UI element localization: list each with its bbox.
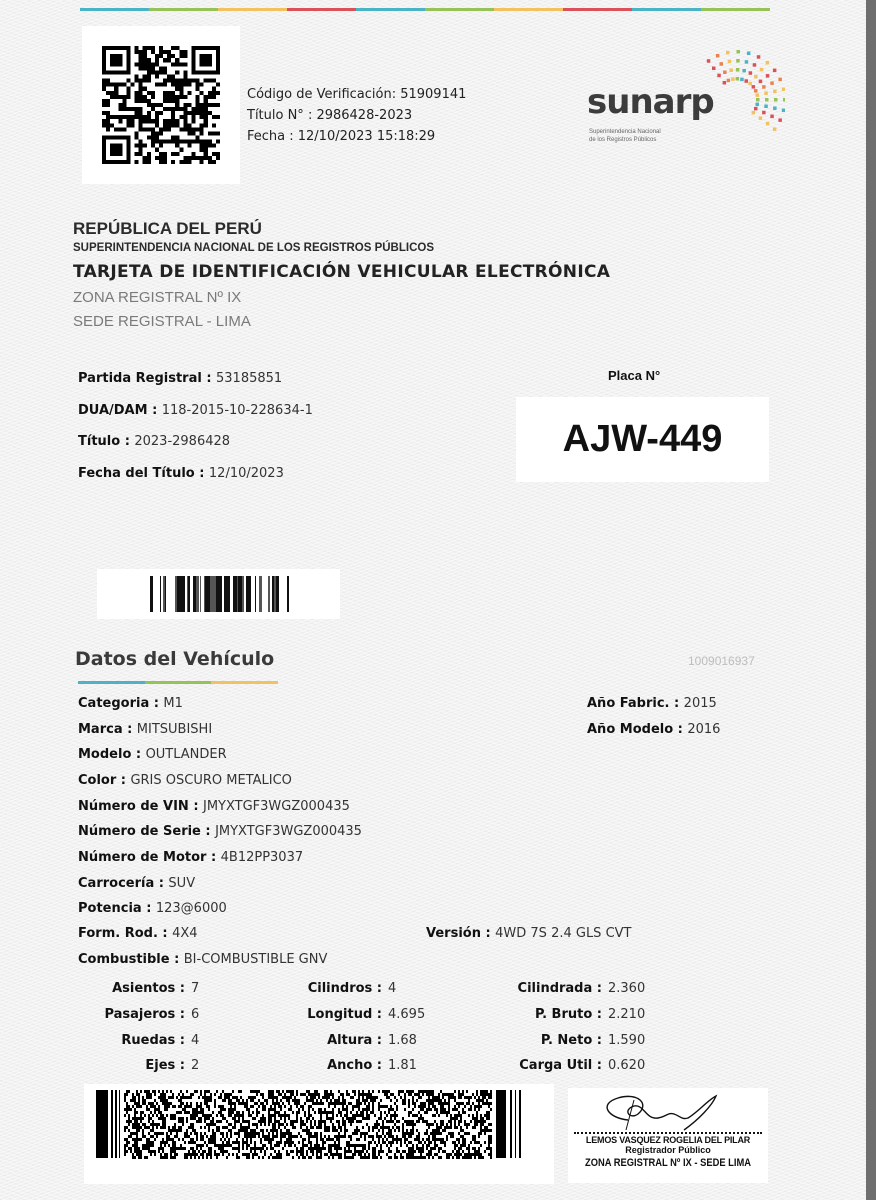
plate-label: Placa N° xyxy=(608,368,660,383)
partida-row: Partida Registral : 53185851 xyxy=(78,369,282,387)
document-title: TARJETA DE IDENTIFICACIÓN VEHICULAR ELEC… xyxy=(73,262,610,282)
signature-line xyxy=(574,1132,762,1134)
vehicle-field-row: Categoria : M1 xyxy=(78,694,183,712)
sunarp-logo: sunarp Superintendencia Nacional de los … xyxy=(585,40,785,160)
qr-code xyxy=(82,26,240,184)
vehicle-field-row: Carrocería : SUV xyxy=(78,874,195,892)
vehicle-field-row: Número de Serie : JMYXTGF3WGZ000435 xyxy=(78,822,362,840)
registrar-name: LEMOS VASQUEZ ROGELIA DEL PILAR xyxy=(568,1135,768,1145)
vehicle-field-row: Número de Motor : 4B12PP3037 xyxy=(78,848,303,866)
vehicle-field-row: Potencia : 123@6000 xyxy=(78,899,227,917)
signature-icon xyxy=(588,1090,728,1134)
vehicle-field-row: Marca : MITSUBISHI xyxy=(78,720,212,738)
country-heading: REPÚBLICA DEL PERÚ xyxy=(73,219,262,239)
titulo-value: 2023-2986428 xyxy=(134,434,230,449)
vehicle-field-row: Modelo : OUTLANDER xyxy=(78,745,227,763)
linear-barcode xyxy=(97,569,340,619)
top-color-stripe xyxy=(80,8,770,11)
vehicle-field-row: Color : GRIS OSCURO METALICO xyxy=(78,771,292,789)
version-row: Versión : 4WD 7S 2.4 GLS CVT xyxy=(426,924,631,942)
registry-zone: ZONA REGISTRAL Nº IX xyxy=(73,289,241,306)
partida-value: 53185851 xyxy=(216,371,282,386)
registrar-signature: LEMOS VASQUEZ ROGELIA DEL PILAR Registra… xyxy=(568,1088,768,1183)
fecha-titulo-row: Fecha del Título : 12/10/2023 xyxy=(78,464,284,482)
dua-row: DUA/DAM : 118-2015-10-228634-1 xyxy=(78,401,313,419)
verification-block: Código de Verificación: 51909141 Título … xyxy=(247,84,466,147)
pdf417-barcode xyxy=(84,1084,554,1184)
fecha-titulo-value: 12/10/2023 xyxy=(209,466,284,481)
dua-value: 118-2015-10-228634-1 xyxy=(162,403,313,418)
registrar-role: Registrador Público xyxy=(568,1145,768,1155)
registrar-zone: ZONA REGISTRAL Nº IX - SEDE LIMA xyxy=(583,1157,753,1169)
anio-modelo-row: Año Modelo : 2016 xyxy=(587,720,720,738)
vehicle-field-row: Número de VIN : JMYXTGF3WGZ000435 xyxy=(78,797,350,815)
logo-wordmark: sunarp xyxy=(587,82,714,122)
vehicle-id-card: Código de Verificación: 51909141 Título … xyxy=(0,0,866,1200)
section-underline xyxy=(78,681,278,684)
vehicle-section-title: Datos del Vehículo xyxy=(75,648,274,670)
plate-box: AJW-449 xyxy=(516,397,769,482)
anio-fabric-row: Año Fabric. : 2015 xyxy=(587,694,717,712)
document-serial: 1009016937 xyxy=(688,654,755,668)
logo-subtitle: Superintendencia Nacional de los Registr… xyxy=(589,128,661,144)
verification-date: Fecha : 12/10/2023 15:18:29 xyxy=(247,126,466,147)
plate-number: AJW-449 xyxy=(563,418,723,461)
titulo-row: Título : 2023-2986428 xyxy=(78,432,230,450)
vehicle-field-row: Form. Rod. : 4X4 xyxy=(78,924,198,942)
verification-code: Código de Verificación: 51909141 xyxy=(247,84,466,105)
scrollbar[interactable] xyxy=(866,0,876,1200)
agency-heading: SUPERINTENDENCIA NACIONAL DE LOS REGISTR… xyxy=(73,242,434,254)
verification-title-number: Título N° : 2986428-2023 xyxy=(247,105,466,126)
vehicle-field-row: Combustible : BI-COMBUSTIBLE GNV xyxy=(78,950,327,968)
registry-office: SEDE REGISTRAL - LIMA xyxy=(73,313,251,330)
